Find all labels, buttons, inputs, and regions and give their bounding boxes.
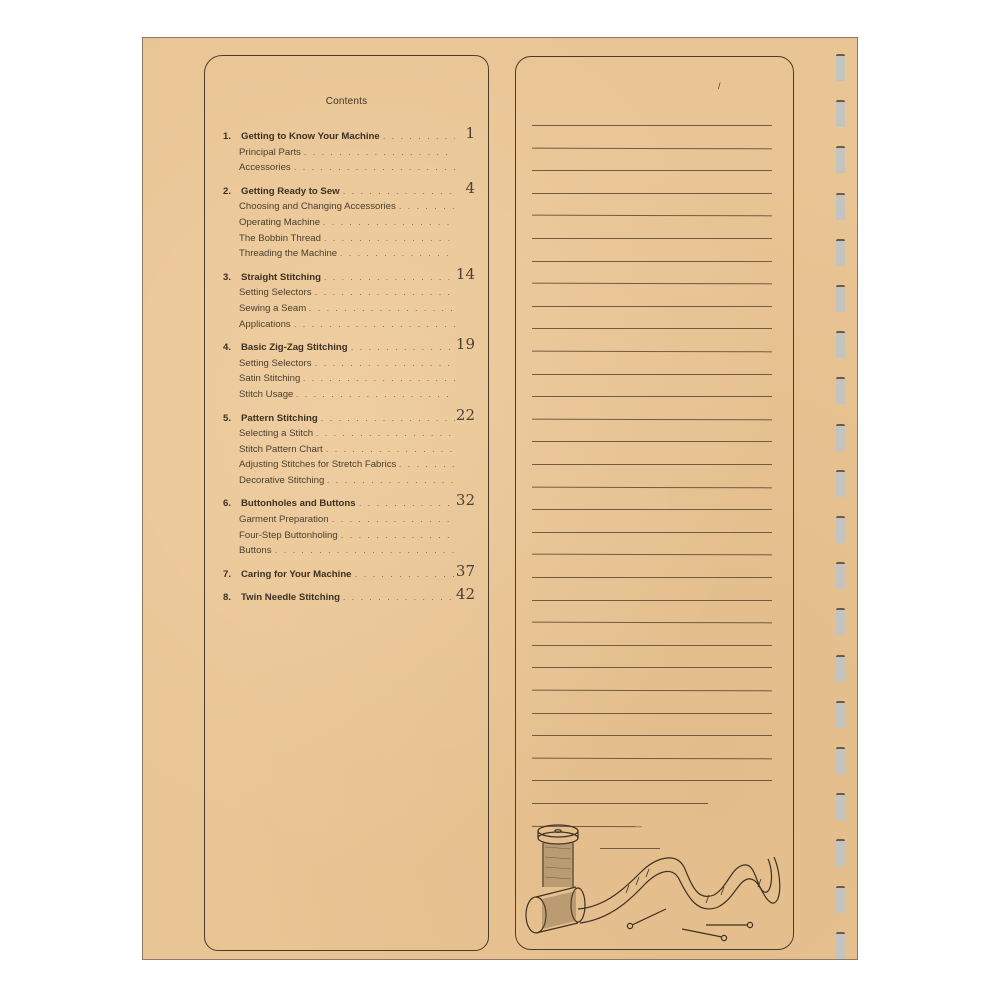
binding-hole bbox=[836, 331, 845, 358]
leader-dots: . . . . . . . . . . . . . . . . . . . . … bbox=[343, 590, 455, 606]
toc-subentry[interactable]: . . . . . . . . . . . . . . . . . . . . … bbox=[205, 387, 477, 403]
subsection-title: Selecting a Stitch bbox=[239, 426, 313, 442]
toc-subentry[interactable]: . . . . . . . . . . . . . . . . . . . . … bbox=[205, 199, 477, 215]
toc-section: . . . . . . . . . . . . . . . . . . . . … bbox=[205, 340, 477, 402]
toc-subentry[interactable]: . . . . . . . . . . . . . . . . . . . . … bbox=[205, 317, 477, 333]
leader-dots: . . . . . . . . . . . . . . . . . . . . … bbox=[294, 317, 455, 333]
leader-dots: . . . . . . . . . . . . . . . . . . . . … bbox=[315, 356, 455, 372]
section-number: 3. bbox=[223, 270, 231, 286]
spool-and-tape-measure-illustration bbox=[516, 57, 795, 951]
subsection-title: Four-Step Buttonholing bbox=[239, 528, 338, 544]
page-number: 37 bbox=[456, 564, 475, 580]
toc-subentry[interactable]: . . . . . . . . . . . . . . . . . . . . … bbox=[205, 356, 477, 372]
spiral-binding-holes bbox=[836, 38, 848, 959]
leader-dots: . . . . . . . . . . . . . . . . . . . . … bbox=[359, 496, 455, 512]
leader-dots: . . . . . . . . . . . . . . . . . . . . … bbox=[383, 129, 455, 145]
section-number: 2. bbox=[223, 184, 231, 200]
leader-dots: . . . . . . . . . . . . . . . . . . . . … bbox=[303, 371, 455, 387]
subsection-title: Principal Parts bbox=[239, 145, 301, 161]
toc-section: . . . . . . . . . . . . . . . . . . . . … bbox=[205, 270, 477, 332]
subsection-title: Decorative Stitching bbox=[239, 473, 324, 489]
binding-hole bbox=[836, 54, 845, 81]
binding-hole bbox=[836, 608, 845, 635]
leader-dots: . . . . . . . . . . . . . . . . . . . . … bbox=[324, 270, 455, 286]
section-number: 7. bbox=[223, 567, 231, 583]
subsection-title: Satin Stitching bbox=[239, 371, 300, 387]
toc-subentry[interactable]: . . . . . . . . . . . . . . . . . . . . … bbox=[205, 231, 477, 247]
toc-subentry[interactable]: . . . . . . . . . . . . . . . . . . . . … bbox=[205, 145, 477, 161]
toc-subentry[interactable]: . . . . . . . . . . . . . . . . . . . . … bbox=[205, 426, 477, 442]
leader-dots: . . . . . . . . . . . . . . . . . . . . … bbox=[316, 426, 455, 442]
page-number: 22 bbox=[456, 408, 475, 424]
subsection-title: Stitch Pattern Chart bbox=[239, 442, 323, 458]
subsection-title: Adjusting Stitches for Stretch Fabrics bbox=[239, 457, 396, 473]
leader-dots: . . . . . . . . . . . . . . . . . . . . … bbox=[315, 285, 455, 301]
binding-hole bbox=[836, 932, 845, 959]
page-number: 32 bbox=[456, 493, 475, 509]
page-number: 1 bbox=[465, 126, 475, 142]
toc-entry[interactable]: . . . . . . . . . . . . . . . . . . . . … bbox=[205, 129, 477, 145]
section-title: Straight Stitching bbox=[241, 270, 321, 286]
section-title: Basic Zig-Zag Stitching bbox=[241, 340, 348, 356]
toc-section: . . . . . . . . . . . . . . . . . . . . … bbox=[205, 567, 477, 583]
section-title: Pattern Stitching bbox=[241, 411, 318, 427]
binding-hole bbox=[836, 100, 845, 127]
leader-dots: . . . . . . . . . . . . . . . . . . . . … bbox=[327, 473, 455, 489]
toc-section: . . . . . . . . . . . . . . . . . . . . … bbox=[205, 496, 477, 558]
toc-subentry[interactable]: . . . . . . . . . . . . . . . . . . . . … bbox=[205, 442, 477, 458]
subsection-title: Sewing a Seam bbox=[239, 301, 306, 317]
leader-dots: . . . . . . . . . . . . . . . . . . . . … bbox=[399, 199, 455, 215]
binding-hole bbox=[836, 701, 845, 728]
section-title: Buttonholes and Buttons bbox=[241, 496, 356, 512]
leader-dots: . . . . . . . . . . . . . . . . . . . . … bbox=[294, 160, 455, 176]
toc-entry[interactable]: . . . . . . . . . . . . . . . . . . . . … bbox=[205, 411, 477, 427]
subsection-title: Stitch Usage bbox=[239, 387, 293, 403]
toc-subentry[interactable]: . . . . . . . . . . . . . . . . . . . . … bbox=[205, 473, 477, 489]
section-title: Getting to Know Your Machine bbox=[241, 129, 380, 145]
section-number: 6. bbox=[223, 496, 231, 512]
toc-subentry[interactable]: . . . . . . . . . . . . . . . . . . . . … bbox=[205, 528, 477, 544]
toc-subentry[interactable]: . . . . . . . . . . . . . . . . . . . . … bbox=[205, 285, 477, 301]
manual-page: Contents . . . . . . . . . . . . . . . .… bbox=[142, 37, 858, 960]
binding-hole bbox=[836, 839, 845, 866]
binding-hole bbox=[836, 516, 845, 543]
toc-entry[interactable]: . . . . . . . . . . . . . . . . . . . . … bbox=[205, 567, 477, 583]
toc-section: . . . . . . . . . . . . . . . . . . . . … bbox=[205, 129, 477, 176]
leader-dots: . . . . . . . . . . . . . . . . . . . . … bbox=[326, 442, 455, 458]
section-title: Twin Needle Stitching bbox=[241, 590, 340, 606]
binding-hole bbox=[836, 285, 845, 312]
toc-subentry[interactable]: . . . . . . . . . . . . . . . . . . . . … bbox=[205, 246, 477, 262]
binding-hole bbox=[836, 239, 845, 266]
toc-entry[interactable]: . . . . . . . . . . . . . . . . . . . . … bbox=[205, 590, 477, 606]
subsection-title: Setting Selectors bbox=[239, 356, 312, 372]
binding-hole bbox=[836, 146, 845, 173]
subsection-title: Setting Selectors bbox=[239, 285, 312, 301]
leader-dots: . . . . . . . . . . . . . . . . . . . . … bbox=[355, 567, 455, 583]
page-number: 4 bbox=[465, 181, 475, 197]
page-number: 14 bbox=[456, 267, 475, 283]
toc-subentry[interactable]: . . . . . . . . . . . . . . . . . . . . … bbox=[205, 160, 477, 176]
binding-hole bbox=[836, 193, 845, 220]
table-of-contents: . . . . . . . . . . . . . . . . . . . . … bbox=[205, 129, 477, 614]
subsection-title: Accessories bbox=[239, 160, 291, 176]
leader-dots: . . . . . . . . . . . . . . . . . . . . … bbox=[323, 215, 455, 231]
toc-entry[interactable]: . . . . . . . . . . . . . . . . . . . . … bbox=[205, 270, 477, 286]
toc-section: . . . . . . . . . . . . . . . . . . . . … bbox=[205, 590, 477, 606]
toc-subentry[interactable]: . . . . . . . . . . . . . . . . . . . . … bbox=[205, 457, 477, 473]
toc-entry[interactable]: . . . . . . . . . . . . . . . . . . . . … bbox=[205, 340, 477, 356]
toc-subentry[interactable]: . . . . . . . . . . . . . . . . . . . . … bbox=[205, 371, 477, 387]
binding-hole bbox=[836, 562, 845, 589]
binding-hole bbox=[836, 886, 845, 913]
contents-title: Contents bbox=[205, 96, 488, 107]
binding-hole bbox=[836, 377, 845, 404]
subsection-title: Buttons bbox=[239, 543, 272, 559]
leader-dots: . . . . . . . . . . . . . . . . . . . . … bbox=[275, 543, 455, 559]
leader-dots: . . . . . . . . . . . . . . . . . . . . … bbox=[332, 512, 455, 528]
subsection-title: Choosing and Changing Accessories bbox=[239, 199, 396, 215]
subsection-title: Threading the Machine bbox=[239, 246, 337, 262]
section-title: Getting Ready to Sew bbox=[241, 184, 340, 200]
binding-hole bbox=[836, 747, 845, 774]
toc-entry[interactable]: . . . . . . . . . . . . . . . . . . . . … bbox=[205, 184, 477, 200]
leader-dots: . . . . . . . . . . . . . . . . . . . . … bbox=[309, 301, 455, 317]
leader-dots: . . . . . . . . . . . . . . . . . . . . … bbox=[351, 340, 455, 356]
subsection-title: The Bobbin Thread bbox=[239, 231, 321, 247]
contents-panel: Contents . . . . . . . . . . . . . . . .… bbox=[204, 55, 489, 951]
toc-subentry[interactable]: . . . . . . . . . . . . . . . . . . . . … bbox=[205, 512, 477, 528]
subsection-title: Applications bbox=[239, 317, 291, 333]
page-number: 19 bbox=[456, 337, 475, 353]
subsection-title: Garment Preparation bbox=[239, 512, 329, 528]
leader-dots: . . . . . . . . . . . . . . . . . . . . … bbox=[321, 411, 455, 427]
toc-section: . . . . . . . . . . . . . . . . . . . . … bbox=[205, 184, 477, 262]
leader-dots: . . . . . . . . . . . . . . . . . . . . … bbox=[304, 145, 455, 161]
leader-dots: . . . . . . . . . . . . . . . . . . . . … bbox=[343, 184, 455, 200]
toc-section: . . . . . . . . . . . . . . . . . . . . … bbox=[205, 411, 477, 489]
leader-dots: . . . . . . . . . . . . . . . . . . . . … bbox=[399, 457, 455, 473]
leader-dots: . . . . . . . . . . . . . . . . . . . . … bbox=[341, 528, 455, 544]
toc-subentry[interactable]: . . . . . . . . . . . . . . . . . . . . … bbox=[205, 301, 477, 317]
section-number: 5. bbox=[223, 411, 231, 427]
binding-hole bbox=[836, 655, 845, 682]
section-number: 8. bbox=[223, 590, 231, 606]
leader-dots: . . . . . . . . . . . . . . . . . . . . … bbox=[340, 246, 455, 262]
section-number: 4. bbox=[223, 340, 231, 356]
toc-subentry[interactable]: . . . . . . . . . . . . . . . . . . . . … bbox=[205, 215, 477, 231]
page-number: 42 bbox=[456, 587, 475, 603]
binding-hole bbox=[836, 793, 845, 820]
notes-panel: / bbox=[515, 56, 794, 950]
toc-entry[interactable]: . . . . . . . . . . . . . . . . . . . . … bbox=[205, 496, 477, 512]
leader-dots: . . . . . . . . . . . . . . . . . . . . … bbox=[296, 387, 455, 403]
section-number: 1. bbox=[223, 129, 231, 145]
section-title: Caring for Your Machine bbox=[241, 567, 352, 583]
binding-hole bbox=[836, 424, 845, 451]
binding-hole bbox=[836, 470, 845, 497]
toc-subentry[interactable]: . . . . . . . . . . . . . . . . . . . . … bbox=[205, 543, 477, 559]
subsection-title: Operating Machine bbox=[239, 215, 320, 231]
leader-dots: . . . . . . . . . . . . . . . . . . . . … bbox=[324, 231, 455, 247]
